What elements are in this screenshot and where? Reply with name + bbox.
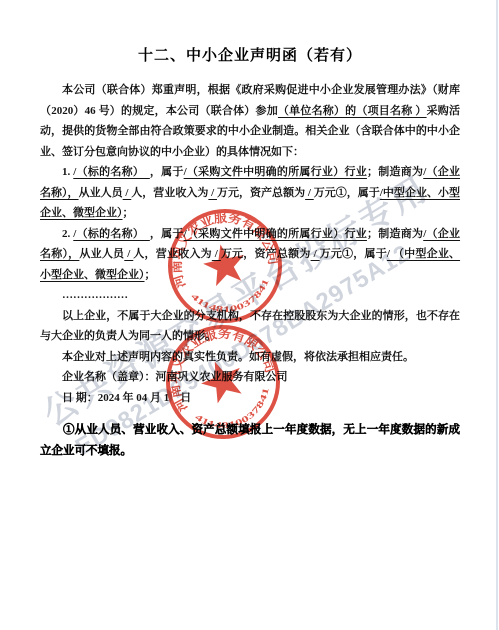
text-run: 从业人员 — [79, 248, 124, 260]
page-right-edge-line — [496, 0, 498, 630]
text-run: ；制造商为 — [367, 228, 423, 240]
text-run: 从业人员 — [79, 187, 123, 199]
text-run: 万元①，属于 — [320, 248, 387, 260]
responsibility-paragraph: 本企业对上述声明内容的真实性负责。如有虚假，将依法承担相应责任。 — [40, 347, 460, 368]
declaration-letter: 十二、中小企业声明函（若有） 本公司（联合体）郑重声明，根据《政府采购促进中小企… — [40, 46, 460, 461]
company-name-line: 企业名称（盖章）：河南巩义农业服务有限公司 — [40, 367, 460, 388]
text-run: 万元，资产总额为 — [217, 187, 305, 199]
fill-in-blank: /（标的名称） — [73, 228, 150, 240]
text-run: 1. — [62, 166, 73, 178]
fill-in-blank: / — [124, 248, 133, 260]
text-run: ； — [145, 269, 156, 281]
intro-paragraph: 本公司（联合体）郑重声明，根据《政府采购促进中小企业发展管理办法》（财库（202… — [40, 80, 460, 162]
date-line: 日 期：2024 年 04 月 1 日 — [40, 388, 460, 409]
fill-in-blank: / — [208, 187, 217, 199]
text-run: ，属于 — [150, 166, 184, 178]
text-run: 万元①，属于 — [314, 187, 380, 199]
fill-in-blank: / — [212, 248, 221, 260]
fill-in-blank: /（采购文件中明确的所属行业）行业 — [184, 228, 367, 240]
summary-paragraph: 以上企业，不属于大企业的分支机构，不存在控股股东为大企业的情形，也不存在与大企业… — [40, 306, 460, 347]
text-run: ；制造商为 — [367, 166, 423, 178]
document-page: 公共资源交易平台投标专用 ED9821D29400D678BA2975A12 十… — [0, 0, 499, 630]
fill-in-blank: （单位名称）的（项目名称 ） — [278, 105, 427, 117]
item-1-paragraph: 1. /（标的名称） ，属于/（采购文件中明确的所属行业）行业；制造商为/（企业… — [40, 162, 460, 224]
fill-in-blank: / — [305, 187, 314, 199]
company-name-value: 河南巩义农业服务有限公司 — [156, 371, 288, 383]
ellipsis-line: ……………… — [40, 285, 460, 306]
fill-in-blank: / — [311, 248, 320, 260]
document-title: 十二、中小企业声明函（若有） — [40, 46, 460, 66]
fill-in-blank: / — [123, 187, 132, 199]
item-2-paragraph: 2. /（标的名称） ，属于/（采购文件中明确的所属行业）行业；制造商为/（企业… — [40, 224, 460, 286]
text-run: ，属于 — [150, 228, 184, 240]
fill-in-blank: /（标的名称） — [73, 166, 150, 178]
footnote-paragraph: ①从业人员、营业收入、资产总额填报上一年度数据，无上一年度数据的新成立企业可不填… — [40, 420, 460, 461]
company-name-label: 企业名称（盖章）： — [62, 371, 156, 383]
text-run: 2. — [62, 228, 73, 240]
text-run: 人，营业收入为 — [133, 248, 212, 260]
text-run: 万元，资产总额为 — [221, 248, 311, 260]
text-run: 人，营业收入为 — [131, 187, 208, 199]
fill-in-blank: /（采购文件中明确的所属行业）行业 — [184, 166, 367, 178]
text-run: ； — [123, 207, 134, 219]
